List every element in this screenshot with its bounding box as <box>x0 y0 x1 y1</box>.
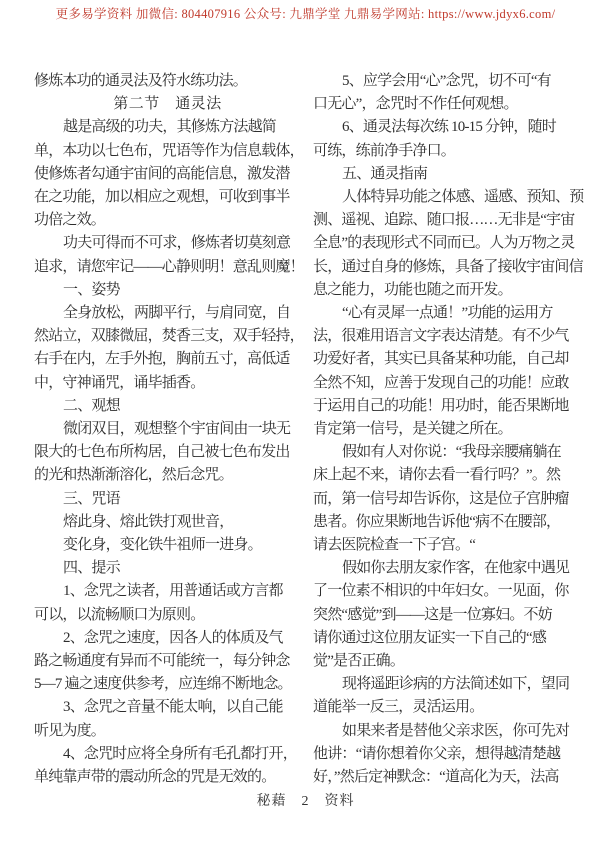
text-line: 然站立，双膝微屈，焚香三支，双手轻持， <box>34 325 301 348</box>
page-footer: 秘藉 2 资料 <box>0 790 611 810</box>
text-line: 如果来者是替他父亲求医，你可先对 <box>313 720 580 743</box>
text-line: 觉”是否正确。 <box>313 650 580 673</box>
text-line: 变化身，变化铁牛祖师一进身。 <box>34 534 301 557</box>
text-column-right: 5、应学会用“心”念咒，切不可“有口无心”，念咒时不作任何观想。6、通灵法每次练… <box>313 70 580 789</box>
text-line: “心有灵犀一点通！”功能的运用方 <box>313 302 580 325</box>
footer-page-number: 2 <box>302 794 310 810</box>
text-line: 假如你去朋友家作客，在他家中遇见 <box>313 557 580 580</box>
footer-book-label: 秘藉 <box>257 790 287 810</box>
text-line: 四、提示 <box>34 557 301 580</box>
text-line: 微闭双目，观想整个宇宙间由一块无 <box>34 418 301 441</box>
text-line: 全息”的表现形式不同而已。人为万物之灵 <box>313 232 580 255</box>
text-line: 请你通过这位朋友证实一下自己的“感 <box>313 627 580 650</box>
text-line: 一、姿势 <box>34 279 301 302</box>
text-line: 患者。你应果断地告诉他“病不在腰部， <box>313 511 580 534</box>
text-line: 中，守神诵咒，诵毕插香。 <box>34 372 301 395</box>
section-heading: 第二节 通灵法 <box>34 93 301 116</box>
text-line: 人体特异功能之体感、遥感、预知、预 <box>313 186 580 209</box>
text-line: 道能举一反三，灵活运用。 <box>313 696 580 719</box>
text-line: 的光和热渐渐溶化，然后念咒。 <box>34 464 301 487</box>
text-line: 肯定第一信号，是关键之所在。 <box>313 418 580 441</box>
text-line: 听见为度。 <box>34 720 301 743</box>
text-line: 全然不知，应善于发现自己的功能！应敢 <box>313 372 580 395</box>
text-line: 单，本功以七色布，咒语等作为信息载体， <box>34 140 301 163</box>
text-line: 在之功能，加以相应之观想，可收到事半 <box>34 186 301 209</box>
text-line: 了一位素不相识的中年妇女。一见面，你 <box>313 580 580 603</box>
text-line: 请去医院检查一下子宫。“ <box>313 534 580 557</box>
text-line: 单纯靠声带的震动所念的咒是无效的。 <box>34 766 301 789</box>
text-line: 路之畅通度有异而不可能统一，每分钟念 <box>34 650 301 673</box>
text-line: 假如有人对你说：“我母亲腰痛躺在 <box>313 441 580 464</box>
text-line: 2、念咒之速度，因各人的体质及气 <box>34 627 301 650</box>
text-line: 好，”然后定神默念：“道高化为天，法高 <box>313 766 580 789</box>
text-line: 于运用自己的功能！用功时，能否果断地 <box>313 395 580 418</box>
text-line: 修炼本功的通灵法及符水练功法。 <box>34 70 301 93</box>
text-line: 法，很难用语言文字表达清楚。有不少气 <box>313 325 580 348</box>
text-line: 5、应学会用“心”念咒，切不可“有 <box>313 70 580 93</box>
text-line: 口无心”，念咒时不作任何观想。 <box>313 93 580 116</box>
text-line: 息之能力，功能也随之而开发。 <box>313 279 580 302</box>
text-line: 五、通灵指南 <box>313 163 580 186</box>
text-line: 测、遥视、追踪、随口报……无非是“宇宙 <box>313 209 580 232</box>
text-line: 4、念咒时应将全身所有毛孔都打开， <box>34 743 301 766</box>
text-line: 1、念咒之读者，用普通话或方言都 <box>34 580 301 603</box>
text-line: 突然“感觉”到——这是一位寡妇。不妨 <box>313 604 580 627</box>
text-line: 6、通灵法每次练 10-15 分钟，随时 <box>313 116 580 139</box>
text-line: 而，第一信号却告诉你，这是位子宫肿瘤 <box>313 488 580 511</box>
text-line: 追求，请您牢记——心静则明！意乱则魔！ <box>34 256 301 279</box>
promo-header-text: 更多易学资料 加微信: 804407916 公众号: 九鼎学堂 九鼎易学网站: … <box>0 4 611 22</box>
text-line: 功爱好者，其实已具备某种功能，自己却 <box>313 348 580 371</box>
text-column-left: 修炼本功的通灵法及符水练功法。第二节 通灵法越是高级的功夫，其修炼方法越简单，本… <box>34 70 301 789</box>
text-line: 5—7 遍之速度供参考，应连绵不断地念。 <box>34 673 301 696</box>
text-line: 可以，以流畅顺口为原则。 <box>34 604 301 627</box>
document-page-body: 修炼本功的通灵法及符水练功法。第二节 通灵法越是高级的功夫，其修炼方法越简单，本… <box>34 70 580 789</box>
text-line: 使修炼者勾通宇宙间的高能信息，激发潜 <box>34 163 301 186</box>
text-line: 功倍之效。 <box>34 209 301 232</box>
text-line: 可练，练前净手净口。 <box>313 140 580 163</box>
text-line: 他讲：“请你想着你父亲，想得越清楚越 <box>313 743 580 766</box>
text-line: 长，通过自身的修炼，具备了接收宇宙间信 <box>313 256 580 279</box>
text-line: 限大的七色布所构居，自己被七色布发出 <box>34 441 301 464</box>
text-line: 功夫可得而不可求，修炼者切莫刻意 <box>34 232 301 255</box>
text-line: 床上起不来，请你去看一看行吗？”。然 <box>313 464 580 487</box>
text-line: 全身放松，两脚平行，与肩同宽，自 <box>34 302 301 325</box>
text-line: 二、观想 <box>34 395 301 418</box>
footer-suffix-label: 资料 <box>325 790 355 810</box>
text-line: 右手在内，左手外抱，胸前五寸，高低适 <box>34 348 301 371</box>
text-line: 三、咒语 <box>34 488 301 511</box>
text-line: 3、念咒之音量不能太响，以自己能 <box>34 696 301 719</box>
text-line: 越是高级的功夫，其修炼方法越简 <box>34 116 301 139</box>
text-line: 现将遥距诊病的方法简述如下，望同 <box>313 673 580 696</box>
text-line: 熔此身、熔此铁打观世音， <box>34 511 301 534</box>
